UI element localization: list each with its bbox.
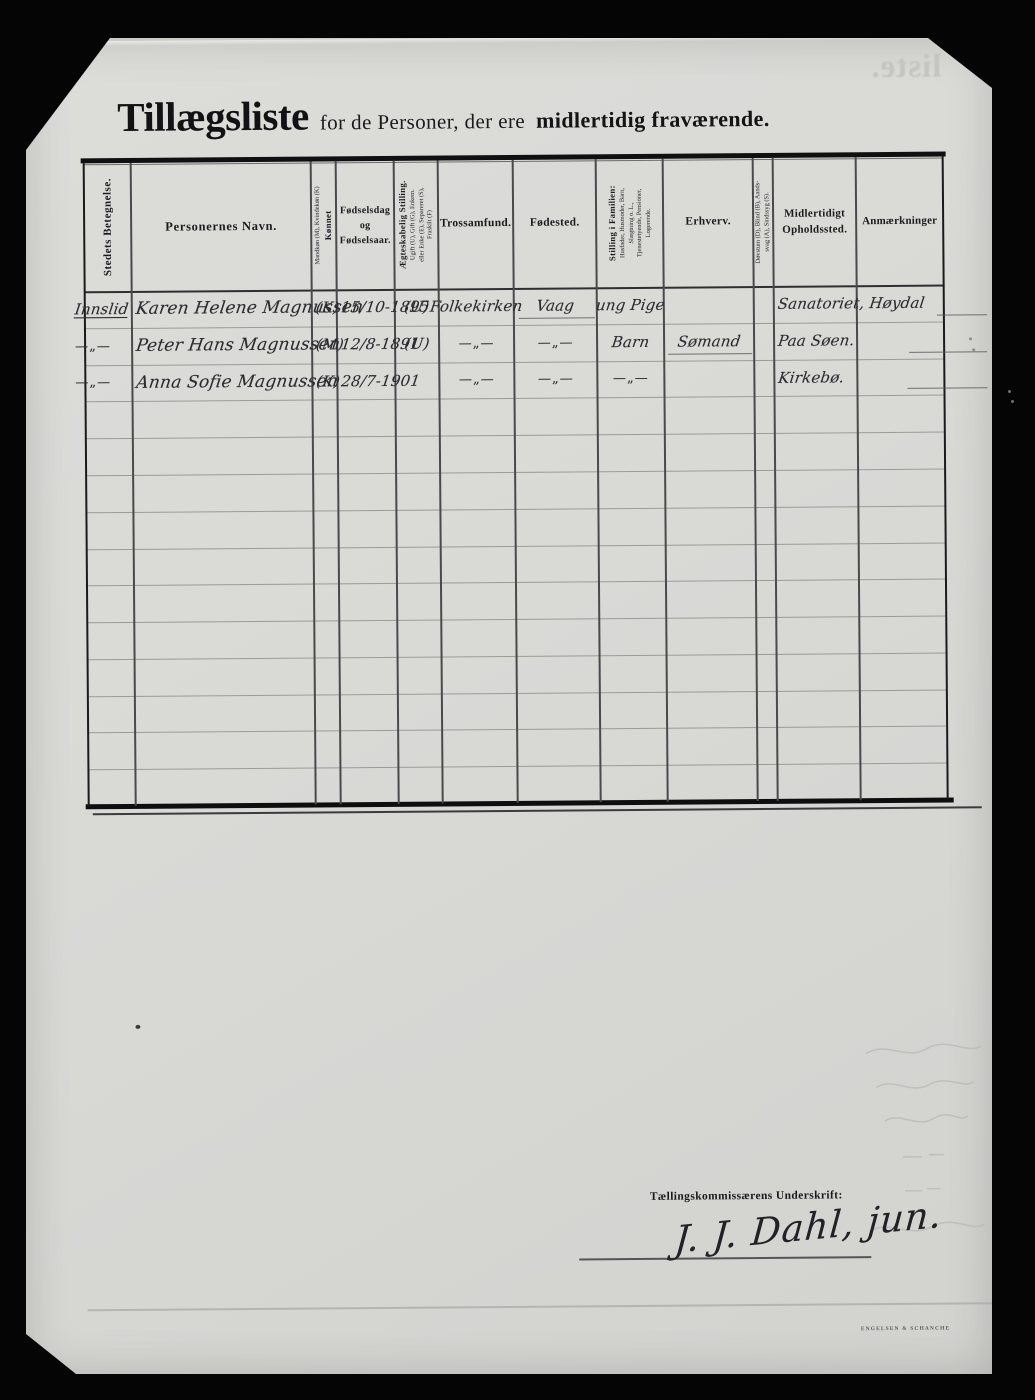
cell-family-row1: ung Pige <box>594 287 666 324</box>
header-cell-birthdate: FødselsdagogFødselsaar. <box>336 161 395 289</box>
cell-name-row3: Anna Sofie Magnussen <box>134 363 340 401</box>
header-cell-marital: Ægteskabelig Stilling.Ugift (U), Gift (G… <box>394 161 439 289</box>
header-label: Slægtning o. L., <box>626 161 636 285</box>
signature-label: Tællingskommissærens Underskrift: <box>650 1189 843 1203</box>
header-label: Trossamfund. <box>440 215 511 233</box>
cell-birthplace-row2: —„— <box>514 324 597 361</box>
cell-sex-row1: (K) <box>313 289 341 326</box>
cell-stay-row3: Kirkebø. <box>776 359 847 396</box>
cell-birthdate-row3: 28/7-1901 <box>339 362 423 399</box>
header-label: Fødested. <box>530 215 580 233</box>
header-label: Kønnet <box>322 163 335 287</box>
header-cell-birthplace: Fødested. <box>513 159 597 288</box>
header-label: Personernes Navn. <box>165 216 277 236</box>
handwriting-baseline-stroke <box>937 314 987 315</box>
cell-place-row2: —„— <box>75 328 111 365</box>
cell-birthplace-row1: Vaag <box>511 287 599 324</box>
header-cell-sex: Mandkøn (M), Kvindekøn (K)Kønnet <box>311 161 337 289</box>
document-title-row: Tillægsliste for de Personer, der ere mi… <box>117 88 770 141</box>
bleedthrough-title-text: liste. <box>841 48 971 86</box>
cell-stay-row2: Paa Søen. <box>776 322 857 359</box>
cell-marital-row2: (U) <box>393 325 442 362</box>
cell-name-row2: Peter Hans Magnussen <box>134 326 343 364</box>
title-subtitle-bold: midlertidig fraværende. <box>536 106 770 134</box>
header-label: Opholdssted. <box>782 221 847 238</box>
header-cell-stay: MidlertidigtOpholdssted. <box>773 157 857 286</box>
cell-place-row3: —„— <box>75 365 111 402</box>
header-label: Husfader, Husmoder, Barn, <box>618 161 628 285</box>
header-label: Logerende. <box>644 161 654 285</box>
title-subtitle-regular: for de Personer, der ere <box>320 109 525 136</box>
header-label: Erhverv. <box>685 214 731 232</box>
scan-speck <box>1011 400 1014 403</box>
cell-occupation-row2: Sømand <box>662 323 757 361</box>
scan-speck <box>969 337 972 340</box>
header-cell-disability: Døvstum (D), Blind (B), Aands-svag (A), … <box>753 158 774 286</box>
cell-place-row1: Innslid <box>72 291 130 328</box>
header-cell-faith: Trossamfund. <box>438 160 514 289</box>
header-cell-place: Stedets Betegnelse. <box>84 163 132 291</box>
header-label: svag (A), Sindssyg (S). <box>763 160 773 284</box>
cell-sex-row3: (K) <box>314 363 342 400</box>
signature-line <box>579 1256 871 1260</box>
page-title: Tillægsliste <box>117 92 309 142</box>
header-label: Anmærkninger <box>862 212 937 229</box>
cell-family-row3: —„— <box>597 360 664 397</box>
header-label: Mandkøn (M), Kvindekøn (K) <box>313 163 323 287</box>
header-cell-name: Personernes Navn. <box>131 162 312 291</box>
crease-line <box>88 1302 1005 1311</box>
header-label: Fødselsaar. <box>340 232 391 247</box>
cell-faith-row3: —„— <box>439 361 514 398</box>
scan-speck <box>1008 390 1011 393</box>
census-table: Stedets Betegnelse.Personernes Navn.Mand… <box>84 157 948 807</box>
handwriting-baseline-stroke <box>909 351 987 353</box>
header-label: Stedets Betegnelse. <box>100 165 116 289</box>
handwriting-baseline-stroke <box>907 388 987 390</box>
header-label: Tjenestetyende, Pensioner, <box>635 161 645 285</box>
scan-speck <box>972 348 975 351</box>
scanner-background: liste. Tillægsliste for de Personer, der… <box>0 0 1035 1400</box>
cell-faith-row2: —„— <box>439 325 514 362</box>
ink-dot <box>135 1025 140 1029</box>
printer-mark: ENGELSEN & SCHANCHE <box>861 1326 950 1333</box>
header-label: Midlertidigt <box>782 205 847 222</box>
header-label: Stilling i Familien: <box>606 161 619 285</box>
cell-stay-row1: Sanatoriet, Høydal <box>775 285 927 323</box>
cell-faith-row1: Folkekirken <box>436 288 516 325</box>
header-cell-occupation: Erhverv. <box>663 158 754 287</box>
header-label: Ægteskabelig Stilling. <box>397 163 410 287</box>
page-edge-highlight <box>93 35 949 47</box>
header-cell-remarks: Anmærkninger <box>856 157 944 286</box>
cell-family-row2: Barn <box>595 324 667 361</box>
header-cell-family: Stilling i Familien:Husfader, Husmoder, … <box>596 159 664 288</box>
document-content: liste. Tillægsliste for de Personer, der… <box>23 34 999 1378</box>
header-label: Fødselsdag <box>339 202 390 217</box>
header-label: og <box>340 217 391 232</box>
cell-birthplace-row3: —„— <box>514 361 597 398</box>
document-sheet: liste. Tillægsliste for de Personer, der… <box>26 38 992 1374</box>
header-label: Fraskilt (F) <box>426 163 436 287</box>
